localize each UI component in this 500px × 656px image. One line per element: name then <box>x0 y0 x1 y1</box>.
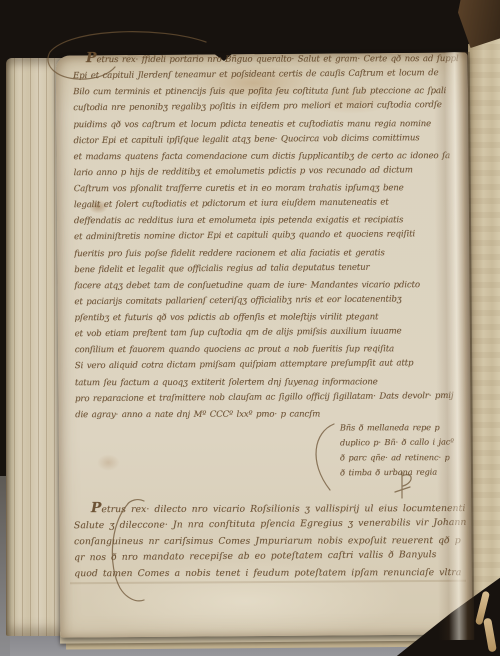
paraph-sign-icon <box>395 472 411 498</box>
margin-brace-icon <box>316 424 334 490</box>
manuscript-photo: Petrus rex· ffideli portario nro Bñguo q… <box>0 0 500 656</box>
gutter-fold-shading <box>434 52 475 640</box>
pen-flourishes <box>0 0 500 656</box>
initial-swash-icon <box>48 32 206 80</box>
initial-swash-icon <box>112 500 144 601</box>
